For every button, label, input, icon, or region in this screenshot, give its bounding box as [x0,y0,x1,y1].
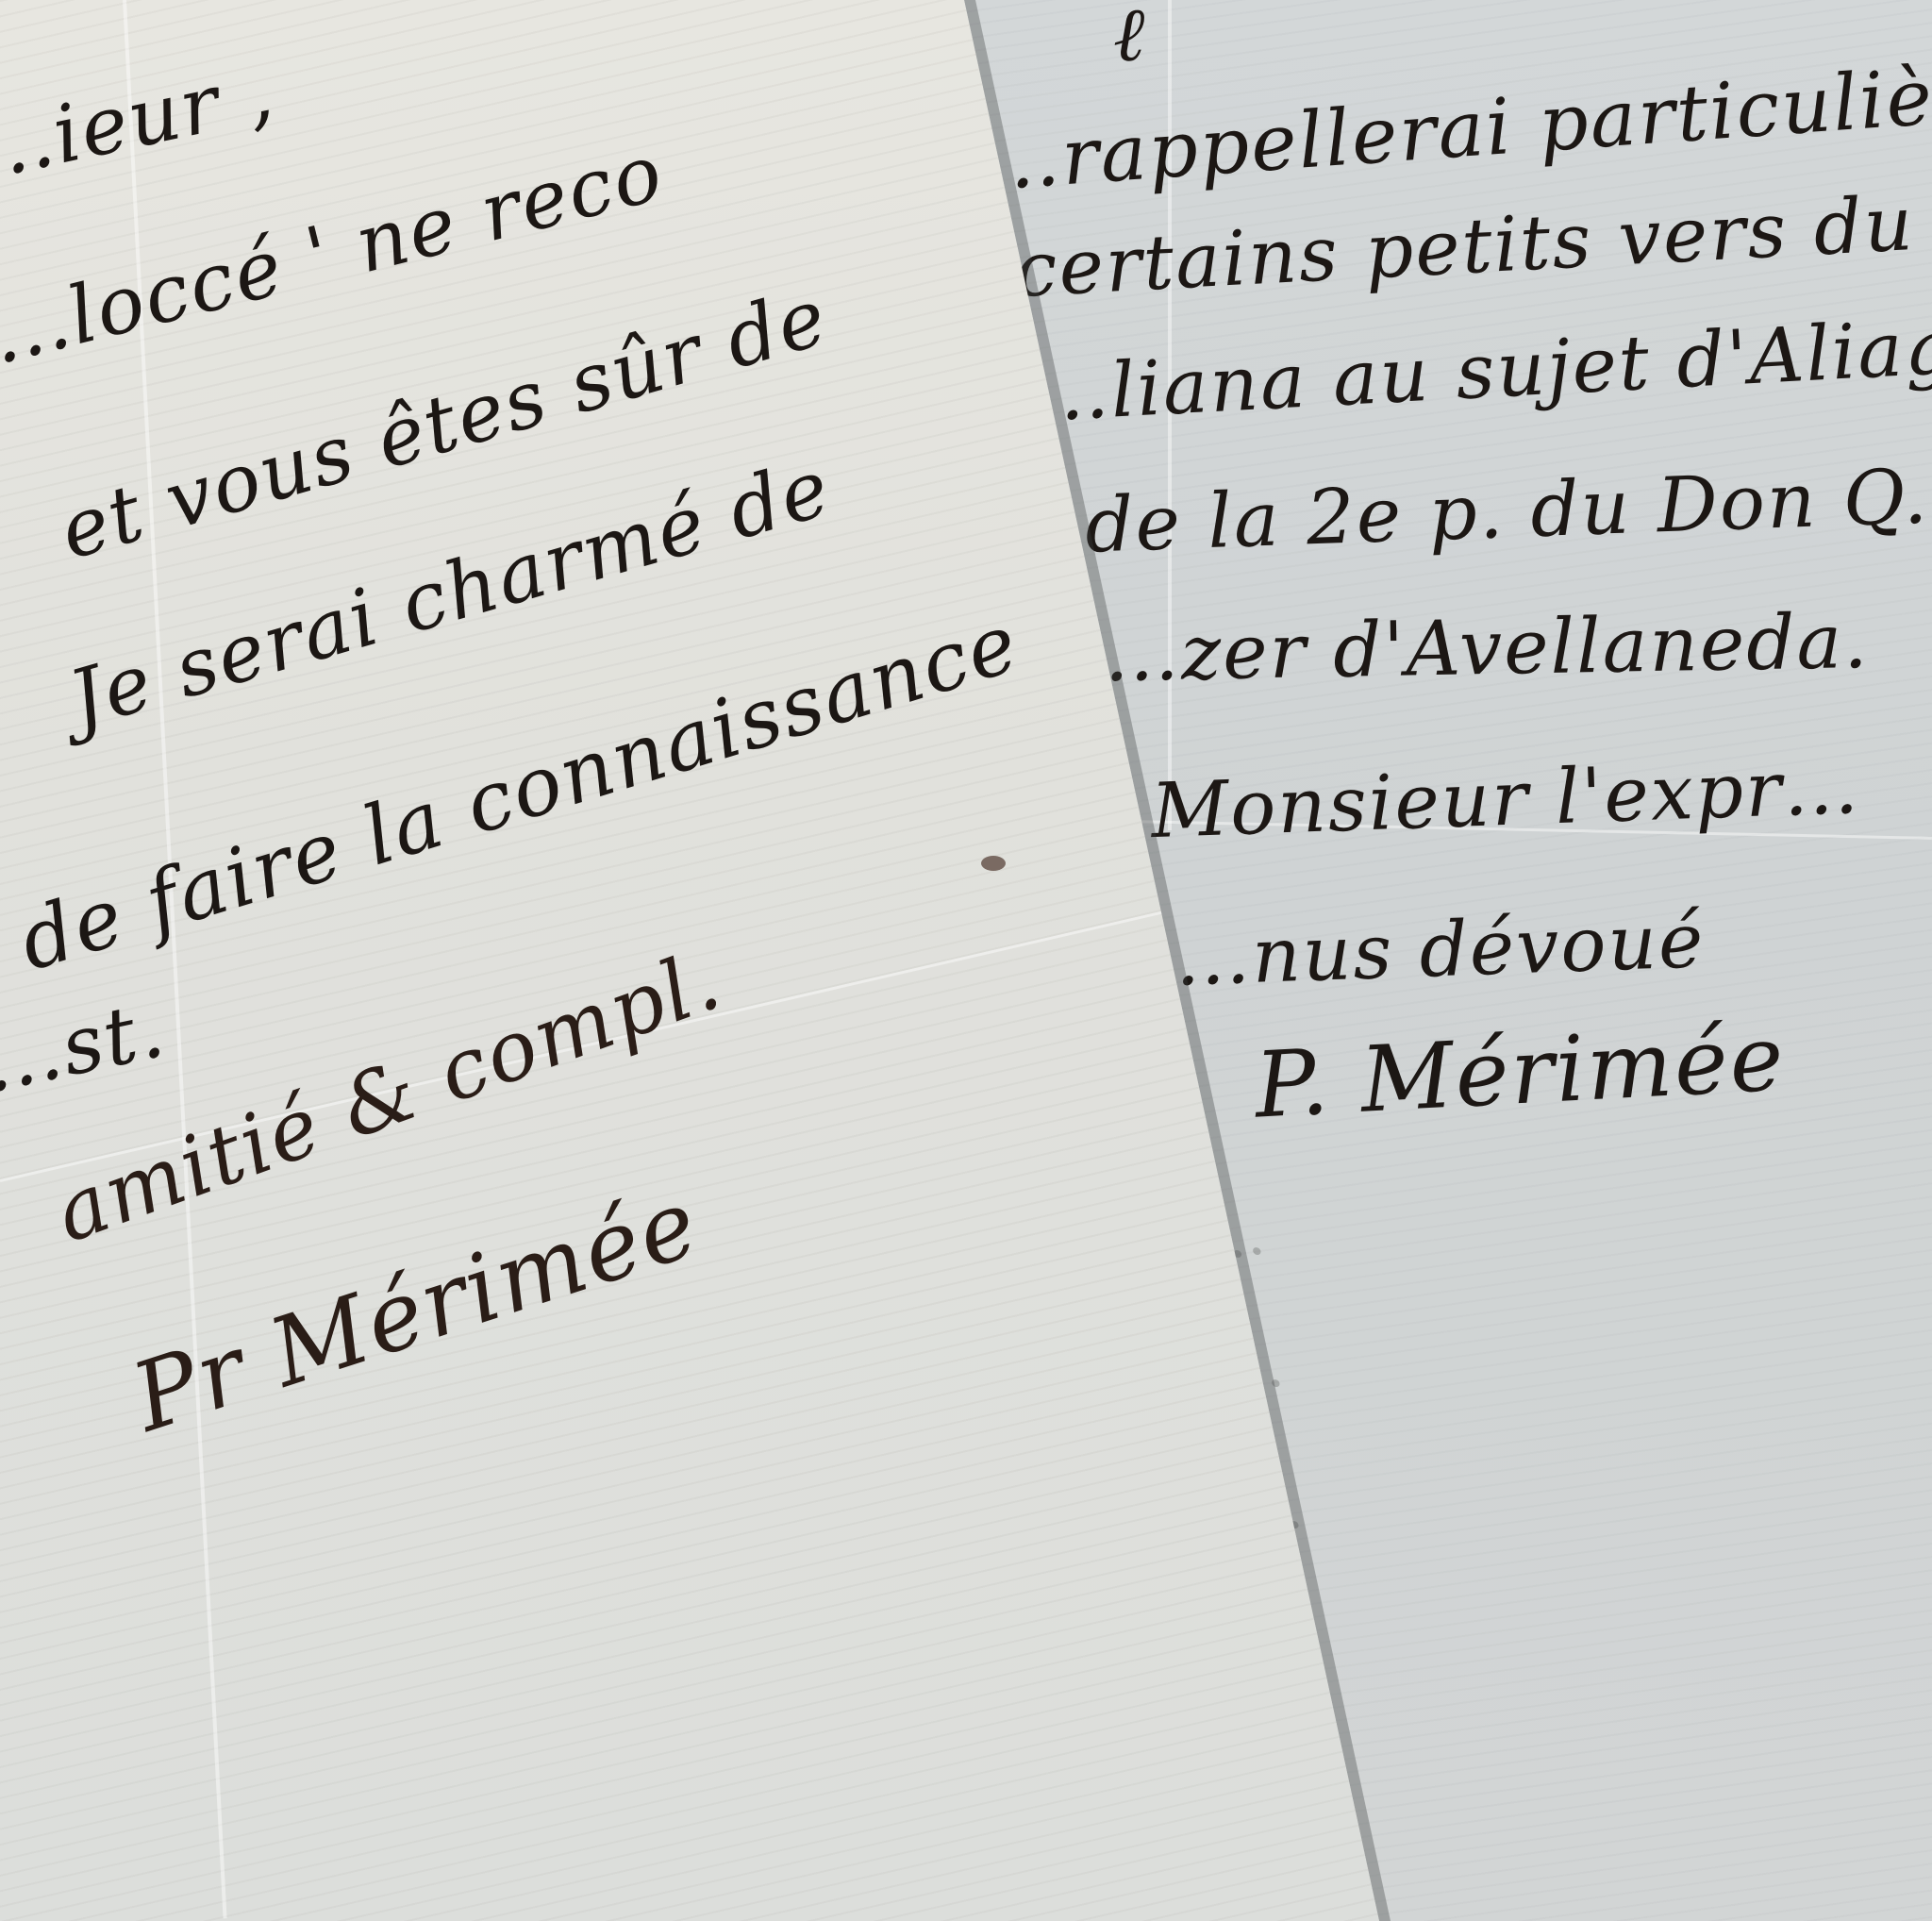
signature: P. Mérimée [1252,1005,1788,1138]
handwritten-line: …liana au sujet d'Aliaga [1031,300,1932,439]
text-fragment: ℓ [1113,0,1146,79]
handwritten-line: certains petits vers du [1012,179,1916,314]
handwritten-line: Monsieur l'expr… [1150,743,1862,855]
handwritten-line: de la 2e p. du Don Q. [1084,452,1931,569]
handwritten-line: …ieur , [0,45,282,199]
handwritten-line: …st. [0,982,174,1111]
handwritten-line: …nus dévoué [1174,896,1707,1003]
ink-stain [981,856,1006,871]
handwritten-line: …zer d'Avellaneda. [1103,597,1870,698]
